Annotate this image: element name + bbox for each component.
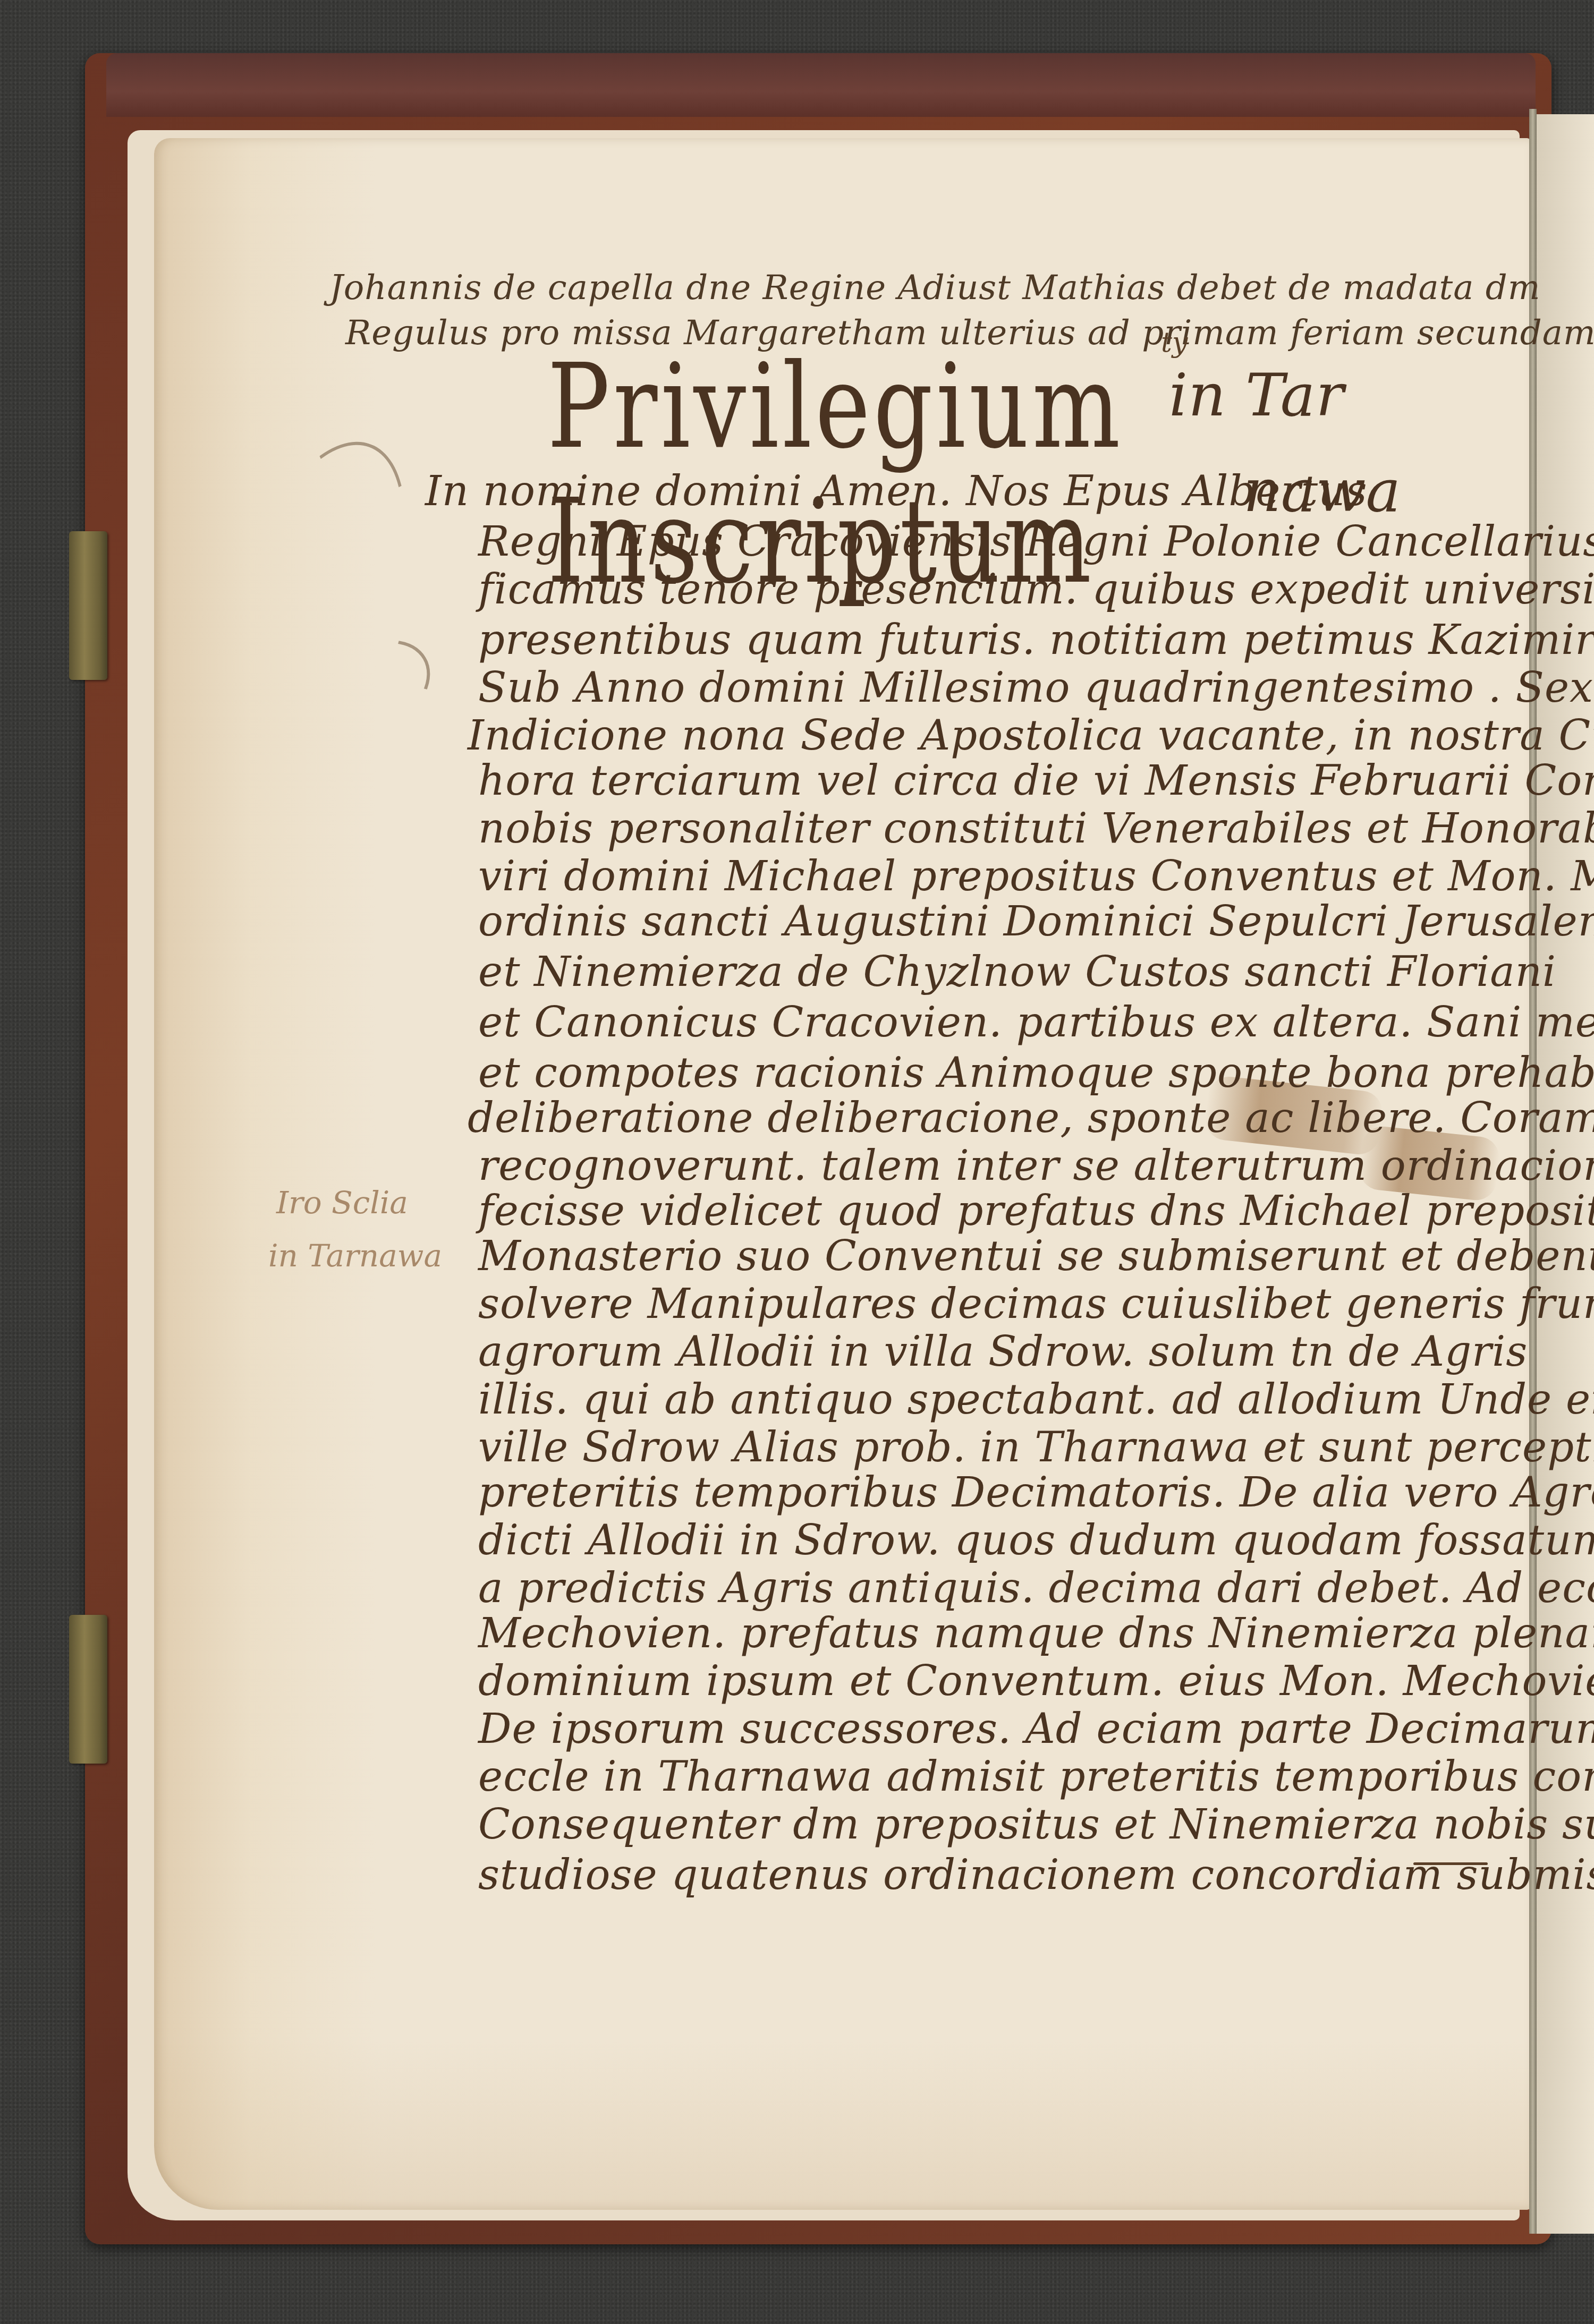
body-line: presentibus quam futuris. notitiam petim… (478, 616, 1594, 664)
margin-note-line-1: Iro Sclia (276, 1185, 408, 1221)
body-line: et Ninemierza de Chyzlnow Custos sancti … (478, 948, 1556, 996)
body-line: In nomine domini Amen. Nos Epus Albertus (425, 467, 1367, 515)
body-line: Regni Epus Cracoviensis Regni Polonie Ca… (478, 518, 1594, 566)
body-line: et Canonicus Cracovien. partibus ex alte… (478, 999, 1594, 1046)
body-line: viri domini Michael prepositus Conventus… (478, 853, 1594, 900)
body-line: studiose quatenus ordinacionem concordia… (478, 1851, 1594, 1899)
body-line: ordinis sancti Augustini Dominici Sepulc… (478, 898, 1594, 946)
body-line: a predictis Agris antiquis. decima dari … (478, 1564, 1594, 1612)
body-line: et compotes racionis Animoque sponte bon… (478, 1049, 1594, 1097)
body-line: eccle in Tharnawa admisit preteritis tem… (478, 1753, 1594, 1801)
margin-note-line-2: in Tarnawa (268, 1238, 442, 1274)
body-line: agrorum Allodii in villa Sdrow. solum tn… (478, 1328, 1528, 1376)
body-line: fecisse videlicet quod prefatus dns Mich… (478, 1187, 1594, 1235)
body-line: dicti Allodii in Sdrow. quos dudum quoda… (478, 1517, 1594, 1564)
title-superscript: ty (1161, 327, 1188, 359)
body-line: Monasterio suo Conventui se submiserunt … (478, 1232, 1594, 1280)
body-line: Indicione nona Sede Apostolica vacante, … (468, 712, 1594, 760)
body-line: ficamus tenore presencium. quibus expedi… (478, 566, 1594, 614)
body-line: illis. qui ab antiquo spectabant. ad all… (478, 1376, 1594, 1424)
body-line: dominium ipsum et Conventum. eius Mon. M… (478, 1657, 1594, 1705)
body-line: Consequenter dm prepositus et Ninemierza… (478, 1801, 1594, 1849)
body-line: De ipsorum successores. Ad eciam parte D… (478, 1705, 1594, 1753)
page-text: Johannis de capella dne Regine Adiust Ma… (0, 0, 1594, 2324)
body-line: Mechovien. prefatus namque dns Ninemierz… (478, 1610, 1594, 1657)
title-suffix: in Tar (1169, 361, 1344, 429)
body-line: Sub Anno domini Millesimo quadringentesi… (478, 664, 1594, 712)
header-note-line-1: Johannis de capella dne Regine Adiust Ma… (329, 268, 1540, 308)
body-line: solvere Manipulares decimas cuiuslibet g… (478, 1280, 1594, 1328)
body-line: nobis personaliter constituti Venerabile… (478, 805, 1594, 853)
body-line: recognoverunt. talem inter se alterutrum… (478, 1142, 1594, 1190)
line-end-flourish (1413, 1862, 1488, 1865)
body-line: ville Sdrow Alias prob. in Tharnawa et s… (478, 1424, 1594, 1471)
body-line-with-deletion: deliberatione deliberacione, sponte ac l… (468, 1094, 1594, 1142)
body-line: preteritis temporibus Decimatoris. De al… (478, 1469, 1594, 1517)
body-line: hora terciarum vel circa die vi Mensis F… (478, 757, 1594, 805)
